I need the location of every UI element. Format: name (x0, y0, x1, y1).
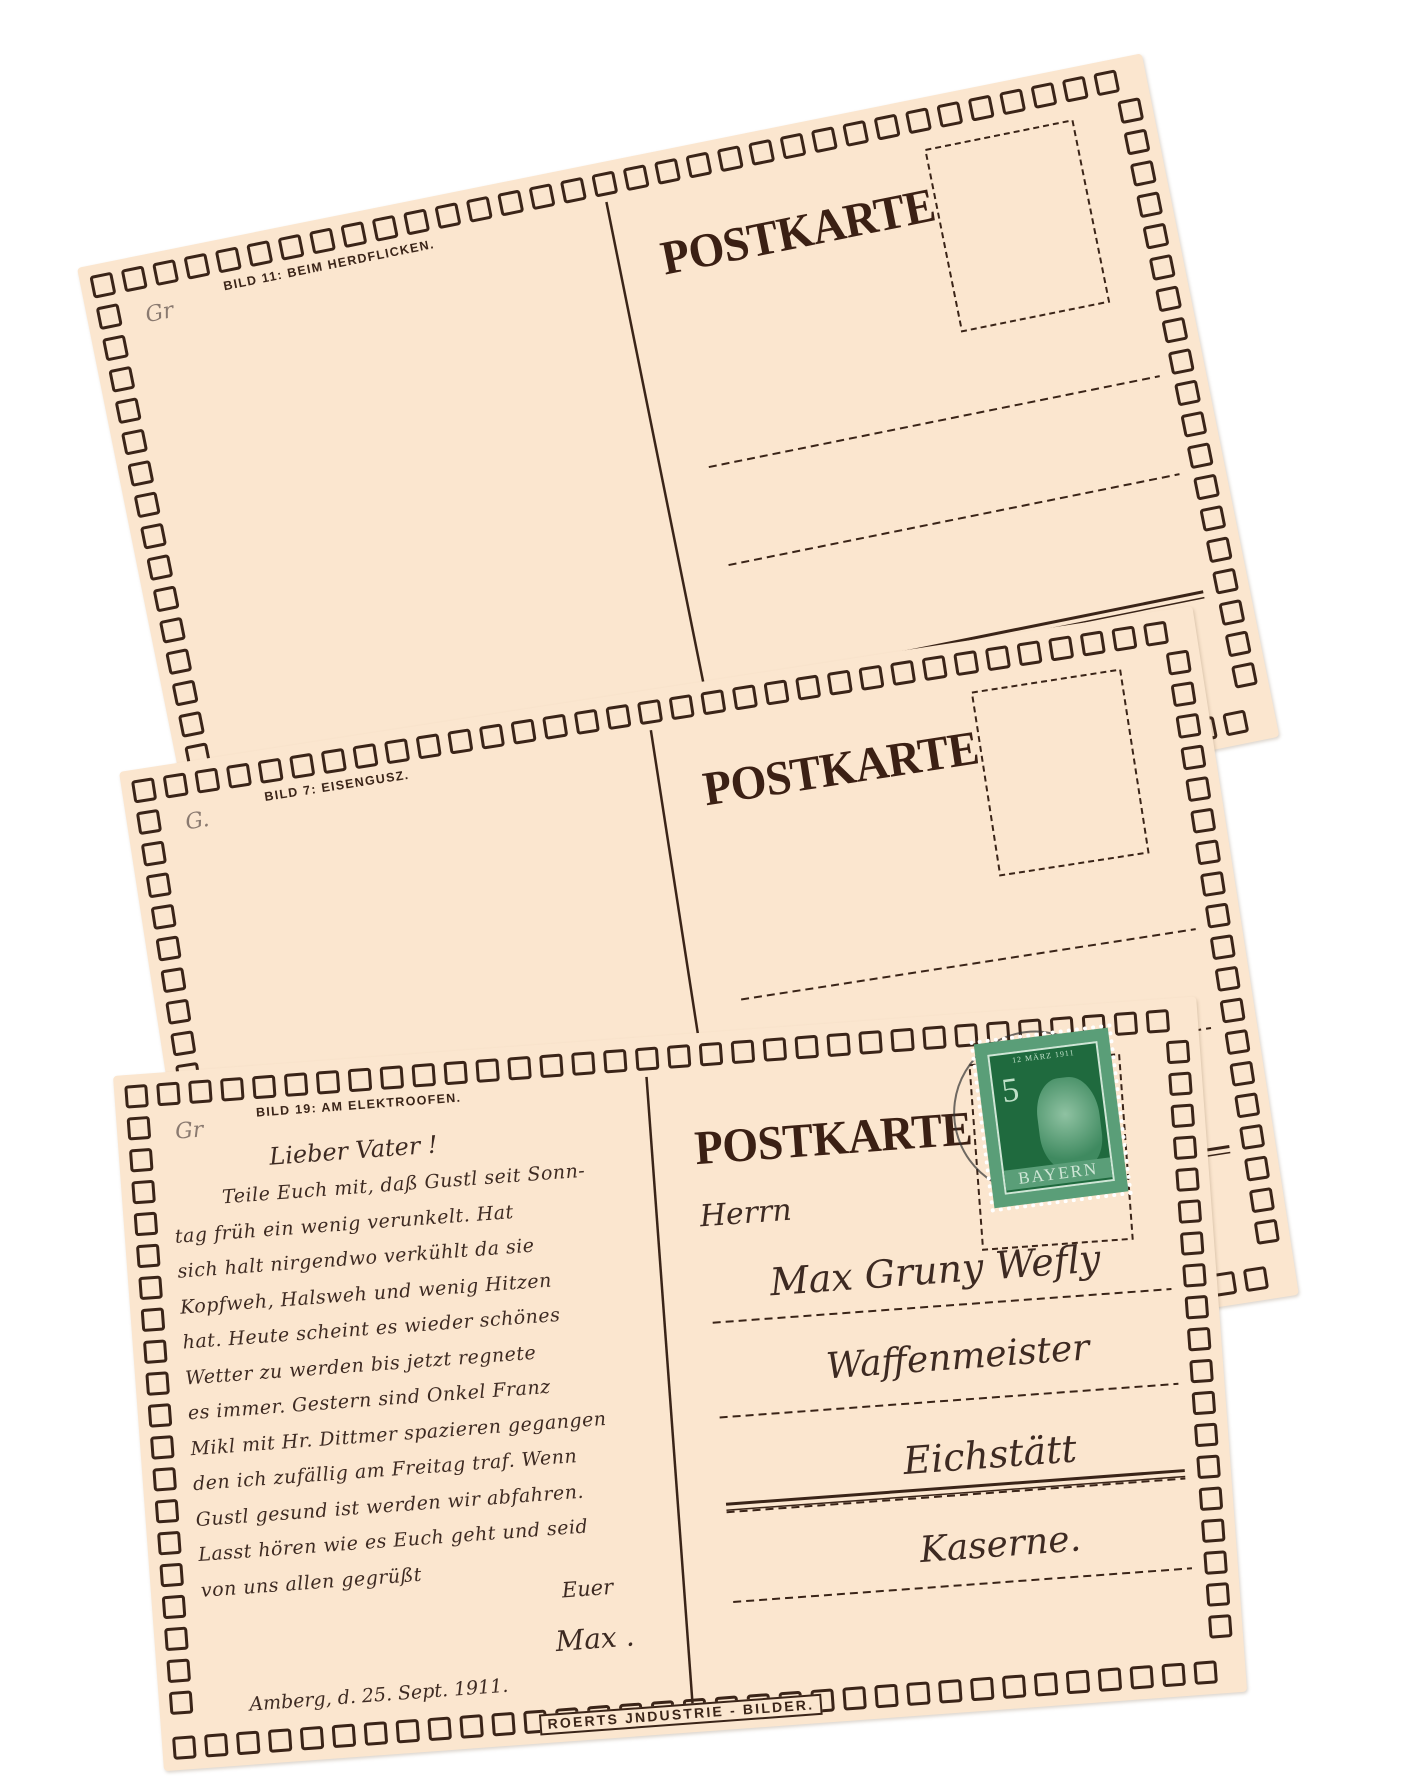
pencil-mark: Gr (174, 1118, 204, 1145)
letter-closing: Euer (561, 1575, 614, 1603)
pencil-mark: G. (184, 807, 211, 835)
address-salutation: Herrn (699, 1193, 793, 1235)
stamp-date: 12 MÄRZ 1911 (990, 1045, 1097, 1067)
stamp-face: 12 MÄRZ 1911 5 BAYERN (987, 1041, 1115, 1195)
stamp-value: 5 (1000, 1071, 1022, 1111)
postage-stamp: 12 MÄRZ 1911 5 BAYERN (974, 1028, 1129, 1209)
postcard-3: BILD 19: AM ELEKTROOFEN. Gr POSTKARTE AM… (113, 996, 1247, 1771)
portrait-icon (1033, 1074, 1106, 1173)
letter-signature: Max . (554, 1619, 635, 1658)
